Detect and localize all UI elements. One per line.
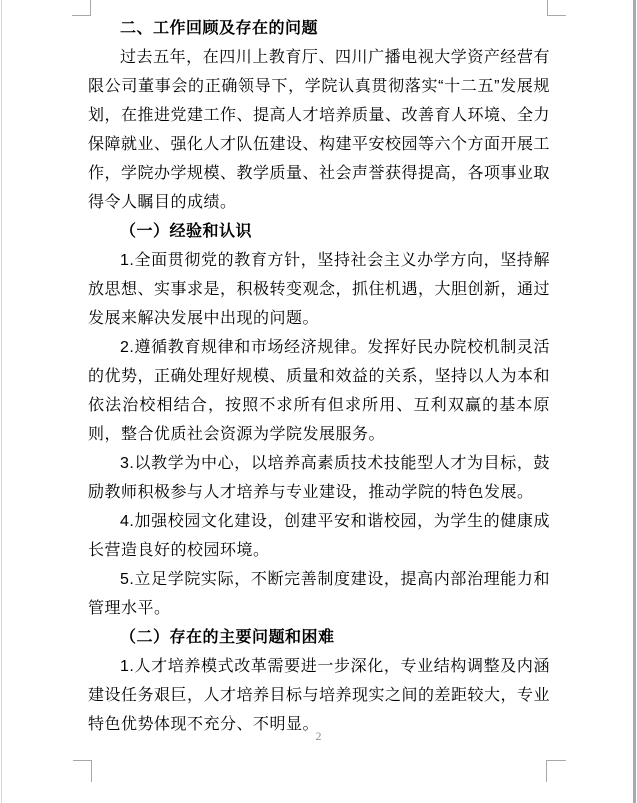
margin-crop-mark-bottom-right <box>546 760 566 782</box>
section-heading-work-review: 二、工作回顾及存在的问题 <box>88 14 550 43</box>
document-body-text: 二、工作回顾及存在的问题 过去五年，在四川上教育厅、四川广播电视大学资产经营有限… <box>88 14 550 739</box>
subsection-heading-problems: （二）存在的主要问题和困难 <box>88 623 550 652</box>
paragraph-experience-4: 4.加强校园文化建设，创建平安和谐校园，为学生的健康成长营造良好的校园环境。 <box>88 507 550 565</box>
margin-crop-mark-bottom-left <box>73 760 92 782</box>
page-right-edge <box>633 0 636 803</box>
paragraph-experience-1: 1.全面贯彻党的教育方针，坚持社会主义办学方向，坚持解放思想、实事求是，积极转变… <box>88 246 550 333</box>
paragraph-experience-5: 5.立足学院实际，不断完善制度建设，提高内部治理能力和管理水平。 <box>88 565 550 623</box>
document-page: 二、工作回顾及存在的问题 过去五年，在四川上教育厅、四川广播电视大学资产经营有限… <box>0 0 637 803</box>
paragraph-problems-1: 1.人才培养模式改革需要进一步深化，专业结构调整及内涵建设任务艰巨，人才培养目标… <box>88 652 550 739</box>
paragraph-experience-2: 2.遵循教育规律和市场经济规律。发挥好民办院校机制灵活的优势，正确处理好规模、质… <box>88 333 550 449</box>
subsection-heading-experience: （一）经验和认识 <box>88 217 550 246</box>
page-left-edge <box>1 0 2 803</box>
paragraph-experience-3: 3.以教学为中心，以培养高素质技术技能型人才为目标，鼓励教师积极参与人才培养与专… <box>88 449 550 507</box>
paragraph-overview: 过去五年，在四川上教育厅、四川广播电视大学资产经营有限公司董事会的正确领导下，学… <box>88 43 550 217</box>
page-number: 2 <box>0 728 637 744</box>
